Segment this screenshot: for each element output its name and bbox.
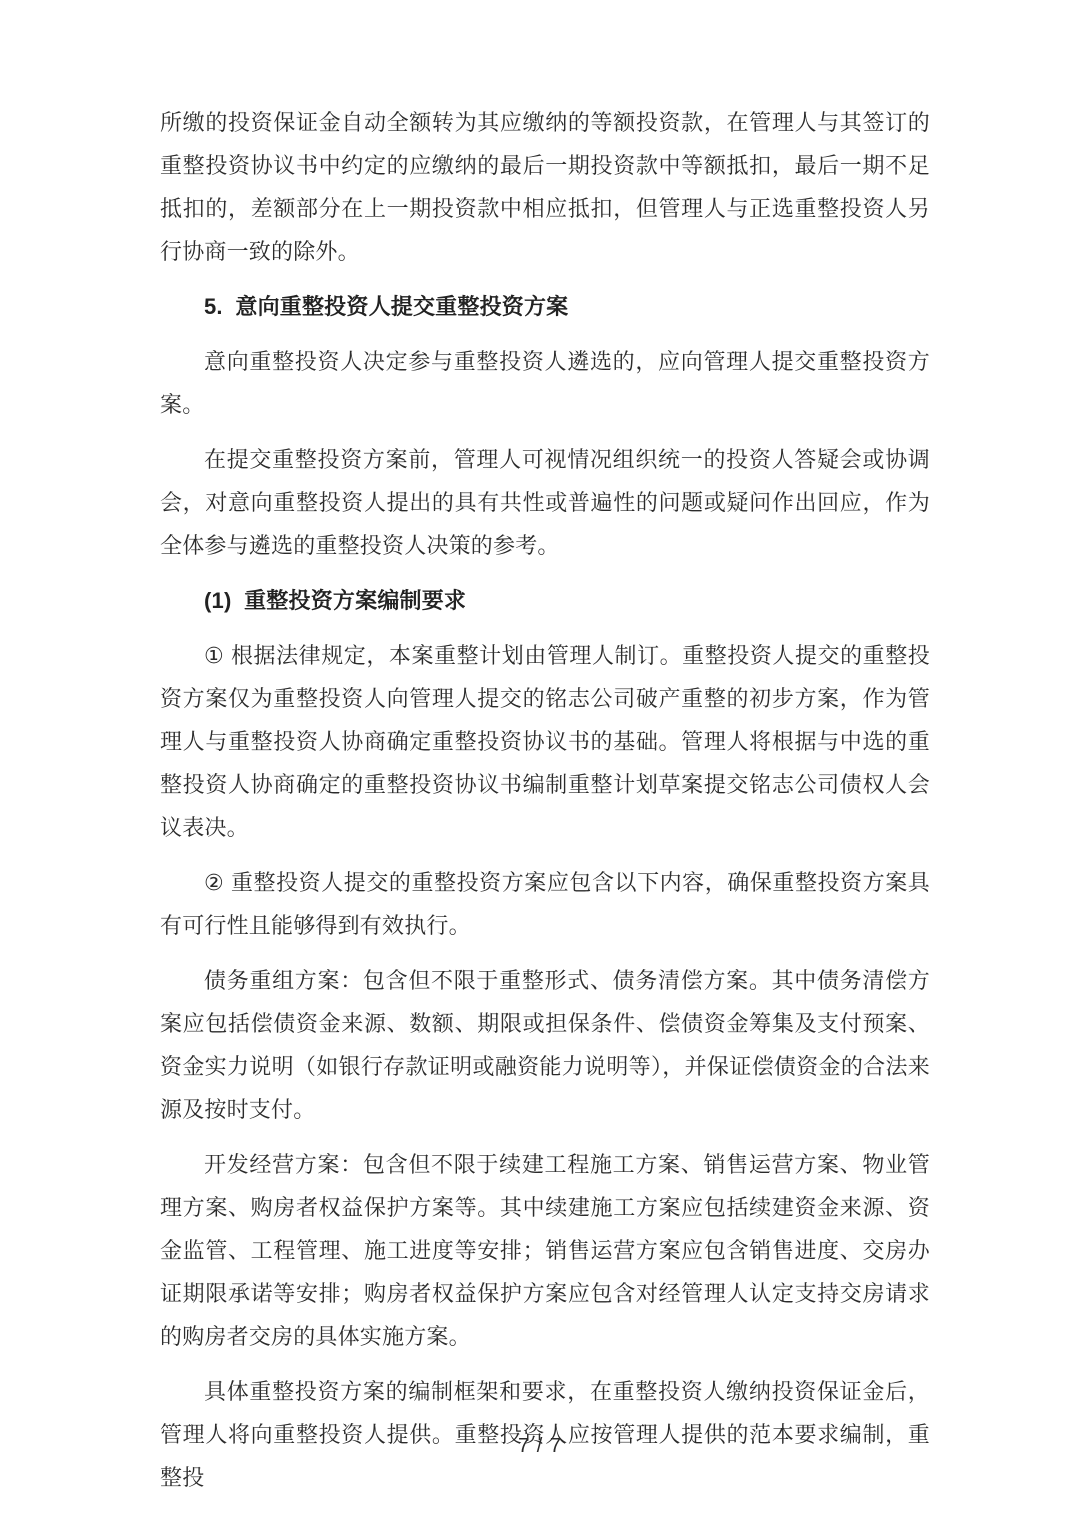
- paragraph: 在提交重整投资方案前，管理人可视情况组织统一的投资人答疑会或协调会，对意向重整投…: [160, 438, 930, 567]
- paragraph: ① 根据法律规定，本案重整计划由管理人制订。重整投资人提交的重整投资方案仅为重整…: [160, 634, 930, 849]
- document-page: 所缴的投资保证金自动全额转为其应缴纳的等额投资款，在管理人与其签订的重整投资协议…: [0, 0, 1080, 1526]
- section-heading: (1) 重整投资方案编制要求: [160, 579, 930, 622]
- paragraph: ② 重整投资人提交的重整投资方案应包含以下内容，确保重整投资方案具有可行性且能够…: [160, 861, 930, 947]
- section-heading: 5. 意向重整投资人提交重整投资方案: [160, 285, 930, 328]
- page-number: 7 / 7: [518, 1435, 562, 1457]
- page-footer: 7 / 7: [0, 1434, 1080, 1458]
- paragraph: 意向重整投资人决定参与重整投资人遴选的，应向管理人提交重整投资方案。: [160, 340, 930, 426]
- paragraph: 债务重组方案：包含但不限于重整形式、债务清偿方案。其中债务清偿方案应包括偿债资金…: [160, 959, 930, 1131]
- document-body: 所缴的投资保证金自动全额转为其应缴纳的等额投资款，在管理人与其签订的重整投资协议…: [160, 101, 930, 1499]
- paragraph: 开发经营方案：包含但不限于续建工程施工方案、销售运营方案、物业管理方案、购房者权…: [160, 1143, 930, 1358]
- paragraph: 所缴的投资保证金自动全额转为其应缴纳的等额投资款，在管理人与其签订的重整投资协议…: [160, 101, 930, 273]
